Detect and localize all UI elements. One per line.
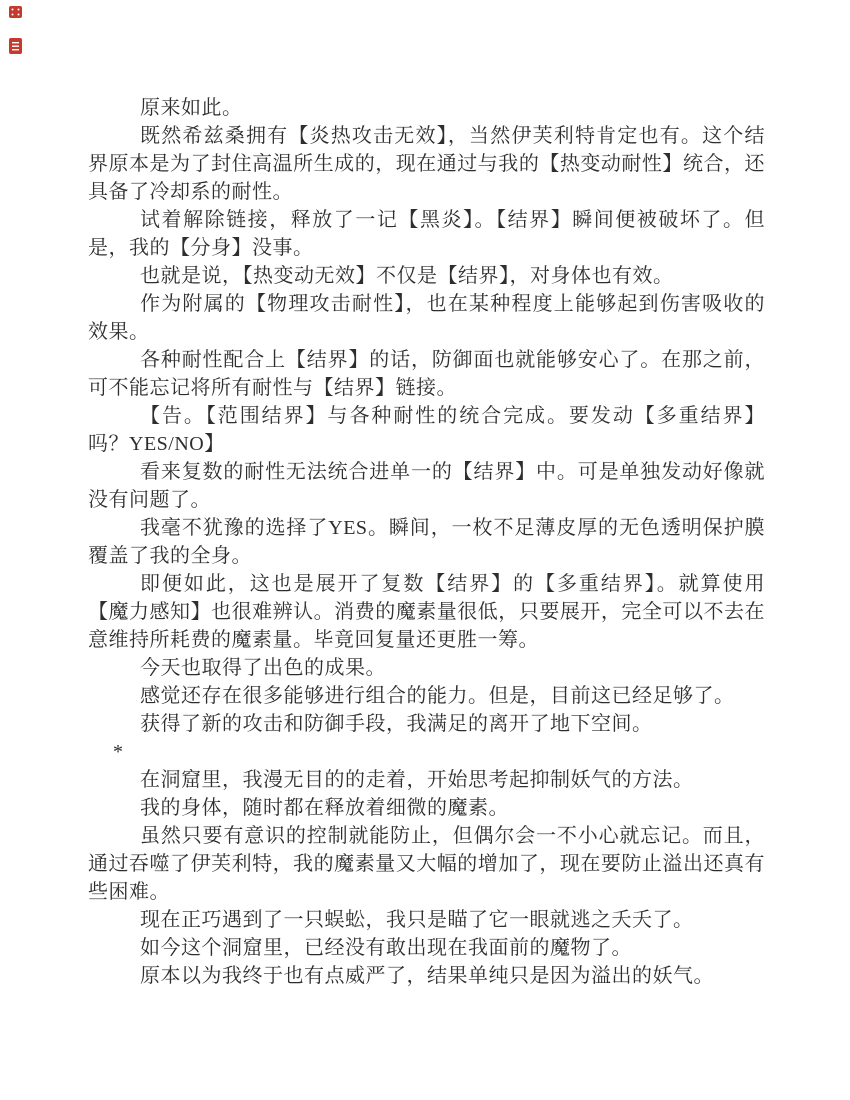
paragraph: 各种耐性配合上【结界】的话，防御面也就能够安心了。在那之前，可不能忘记将所有耐性… — [88, 346, 765, 402]
red-seal-top-icon — [9, 6, 22, 18]
paragraph: 在洞窟里，我漫无目的的走着，开始思考起抑制妖气的方法。 — [88, 766, 765, 794]
paragraph: 感觉还存在很多能够进行组合的能力。但是，目前这已经足够了。 — [88, 682, 765, 710]
paragraph: 我的身体，随时都在释放着细微的魔素。 — [88, 794, 765, 822]
paragraph: 我毫不犹豫的选择了YES。瞬间，一枚不足薄皮厚的无色透明保护膜覆盖了我的全身。 — [88, 514, 765, 570]
novel-page-text: 原来如此。 既然希兹桑拥有【炎热攻击无效】，当然伊芙利特肯定也有。这个结界原本是… — [0, 0, 850, 990]
paragraph: 即便如此，这也是展开了复数【结界】的【多重结界】。就算使用【魔力感知】也很难辨认… — [88, 570, 765, 654]
paragraph: 作为附属的【物理攻击耐性】，也在某种程度上能够起到伤害吸收的效果。 — [88, 290, 765, 346]
section-separator: * — [88, 738, 765, 766]
red-seal-bottom-icon — [9, 38, 22, 54]
paragraph: 虽然只要有意识的控制就能防止，但偶尔会一不小心就忘记。而且，通过吞噬了伊芙利特，… — [88, 822, 765, 906]
paragraph: 也就是说，【热变动无效】不仅是【结界】，对身体也有效。 — [88, 262, 765, 290]
paragraph: 【告。【范围结界】与各种耐性的统合完成。要发动【多重结界】吗？YES/NO】 — [88, 402, 765, 458]
paragraph: 原本以为我终于也有点威严了，结果单纯只是因为溢出的妖气。 — [88, 962, 765, 990]
paragraph: 今天也取得了出色的成果。 — [88, 654, 765, 682]
paragraph: 原来如此。 — [88, 94, 765, 122]
paragraph: 获得了新的攻击和防御手段，我满足的离开了地下空间。 — [88, 710, 765, 738]
paragraph: 如今这个洞窟里，已经没有敢出现在我面前的魔物了。 — [88, 934, 765, 962]
paragraph: 看来复数的耐性无法统合进单一的【结界】中。可是单独发动好像就没有问题了。 — [88, 458, 765, 514]
paragraph: 试着解除链接，释放了一记【黑炎】。【结界】瞬间便被破坏了。但是，我的【分身】没事… — [88, 206, 765, 262]
paragraph: 现在正巧遇到了一只蜈蚣，我只是瞄了它一眼就逃之夭夭了。 — [88, 906, 765, 934]
paragraph: 既然希兹桑拥有【炎热攻击无效】，当然伊芙利特肯定也有。这个结界原本是为了封住高温… — [88, 122, 765, 206]
corner-stamps — [9, 6, 23, 54]
